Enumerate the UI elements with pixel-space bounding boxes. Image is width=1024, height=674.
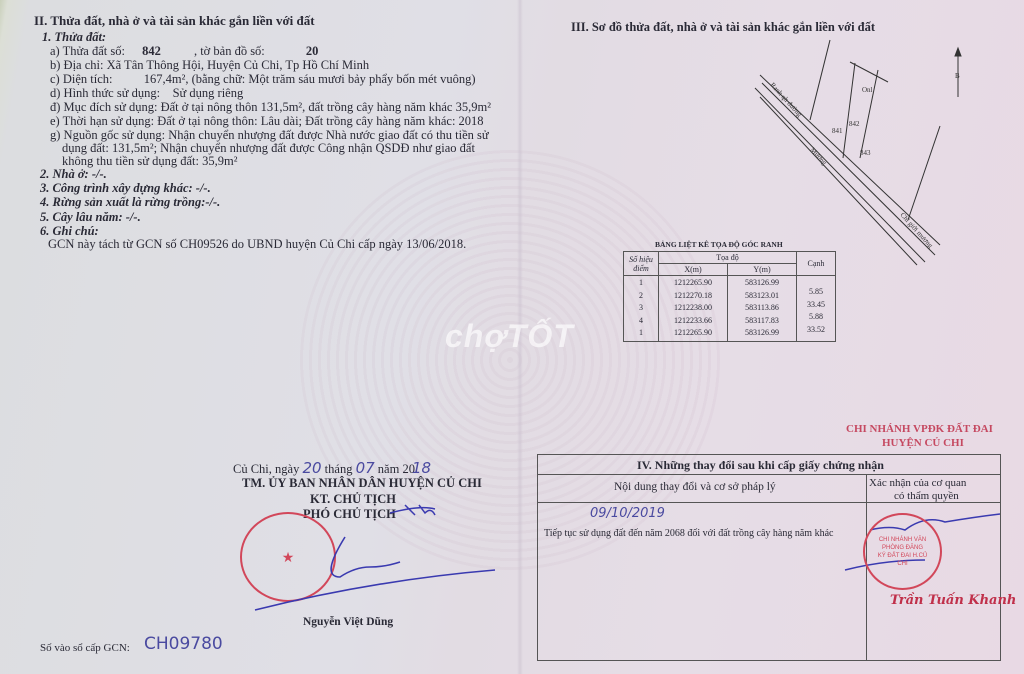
svg-text:841: 841 [832,127,843,135]
edge-cell: 33.45 [801,299,831,312]
y-cell: 583126.99 [732,327,792,340]
col-edges: 5.85 33.45 5.88 33.52 [797,276,836,342]
header-x: X(m) [659,264,728,276]
x-cell: 1212265.90 [663,277,723,290]
col-content-header: Nội dung thay đổi và cơ sở pháp lý [614,480,776,494]
x-cell: 1212233.66 [663,315,723,328]
point-cell: 1 [628,277,654,290]
header-point: Số hiệu điểm [624,252,659,276]
change-entry-text: Tiếp tục sử dụng đất đến năm 2068 đối vớ… [544,527,833,541]
confirm-signer-name: Trần Tuấn Khanh [890,594,1016,608]
header-coord: Tọa độ [659,252,797,264]
x-cell: 1212265.90 [663,327,723,340]
north-label: B [955,72,960,80]
point-cell: 2 [628,290,654,303]
col-x: 1212265.90 1212270.18 1212238.00 1212233… [659,276,728,342]
svg-text:Chỉ giới mương: Chỉ giới mương [899,211,935,250]
edge-cell: 5.85 [801,286,831,299]
col-confirm-header-2: có thẩm quyền [894,489,959,503]
svg-text:Onl: Onl [862,86,873,94]
coord-table-title: BẢNG LIỆT KÊ TỌA ĐỘ GÓC RANH [655,238,783,252]
y-cell: 583113.86 [732,302,792,315]
change-entry-date: 09/10/2019 [590,507,665,521]
col-confirm-header-1: Xác nhận của cơ quan [869,476,966,490]
seal-text: CHI NHÁNH VĂN PHÒNG ĐĂNG KÝ ĐẤT ĐAI H.CỦ… [878,536,928,568]
point-cell: 4 [628,315,654,328]
point-cell: 1 [628,327,654,340]
svg-text:Mương: Mương [809,146,829,167]
col-points: 1 2 3 4 1 [624,276,659,342]
coordinate-table: Số hiệu điểm Tọa độ Cạnh X(m) Y(m) 1 2 3… [623,251,836,342]
y-cell: 583117.83 [732,315,792,328]
stamp-header-2: HUYỆN CỦ CHI [882,436,964,450]
stamp-header-1: CHI NHÁNH VPĐK ĐẤT ĐAI [846,422,993,436]
x-cell: 1212270.18 [663,290,723,303]
svg-text:842: 842 [849,120,860,128]
land-certificate-page: chợTỐT II. Thửa đất, nhà ở và tài sản kh… [0,0,1024,674]
svg-text:843: 843 [860,149,871,157]
edge-cell: 33.52 [801,324,831,337]
svg-text:Ranh qh đường: Ranh qh đường [769,81,804,119]
header-edge: Cạnh [797,252,836,276]
official-seal-right: CHI NHÁNH VĂN PHÒNG ĐĂNG KÝ ĐẤT ĐAI H.CỦ… [863,513,942,590]
header-y: Y(m) [728,264,797,276]
changes-title: IV. Những thay đổi sau khi cấp giấy chứn… [637,458,884,472]
col-y: 583126.99 583123.01 583113.86 583117.83 … [728,276,797,342]
edge-cell: 5.88 [801,311,831,324]
y-cell: 583126.99 [732,277,792,290]
y-cell: 583123.01 [732,290,792,303]
x-cell: 1212238.00 [663,302,723,315]
point-cell: 3 [628,302,654,315]
